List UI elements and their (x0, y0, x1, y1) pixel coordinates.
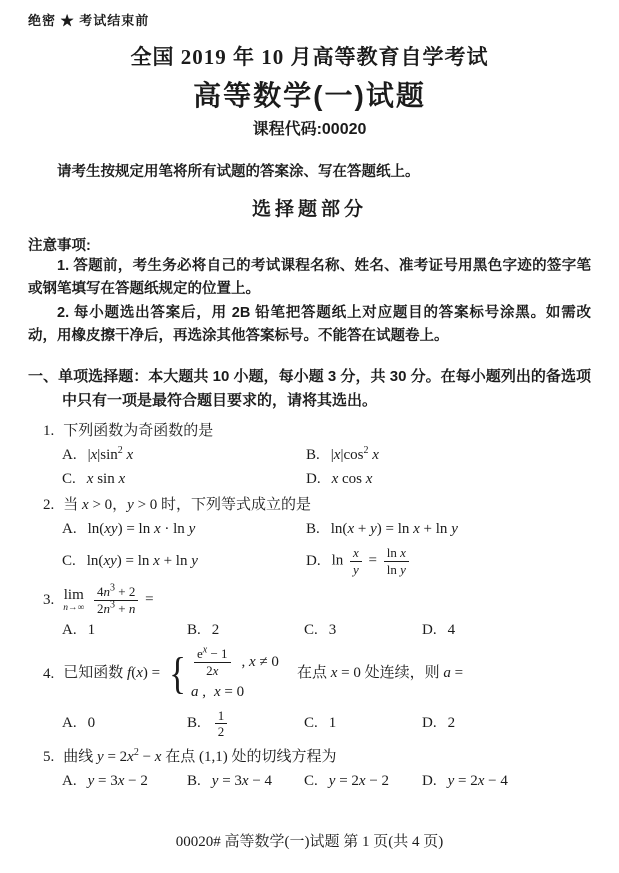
option-label: D. (422, 622, 437, 639)
course-code: 课程代码:00020 (28, 116, 591, 139)
option-label: A. (62, 622, 77, 639)
option-b: B. y = 3x − 4 (187, 773, 304, 790)
question-text: 已知函数 f(x) = {ex − 12x, x ≠ 0a ,x = 0 在点 … (63, 646, 463, 701)
options-grid: A. ln(xy) = ln x · ln y B. ln(x + y) = l… (28, 521, 591, 577)
option-content: x sin x (87, 471, 125, 488)
section-title-choice-part: 选择题部分 (28, 194, 591, 221)
option-a: A. ln(xy) = ln x · ln y (62, 521, 306, 538)
option-label: D. (306, 553, 321, 570)
option-label: B. (187, 773, 201, 790)
question-stem: 4. 已知函数 f(x) = {ex − 12x, x ≠ 0a ,x = 0 … (28, 646, 591, 701)
option-label: B. (306, 447, 320, 464)
question-4: 4. 已知函数 f(x) = {ex − 12x, x ≠ 0a ,x = 0 … (28, 646, 591, 740)
option-d: D. ln xy = ln xln y (306, 545, 591, 577)
option-content: 3 (329, 622, 337, 639)
option-a: A. 1 (62, 622, 187, 639)
question-3: 3. limn→∞ 4n3 + 22n3 + n = A. 1 B. 2 C. … (28, 584, 591, 639)
question-text: 当 x > 0，y > 0 时，下列等式成立的是 (63, 495, 311, 515)
question-text: 曲线 y = 2x2 − x 在点 (1,1) 处的切线方程为 (63, 747, 336, 767)
option-content: |x|cos2 x (331, 447, 379, 464)
security-classification: 绝密 ★ 考试结束前 (28, 10, 591, 29)
option-content: 2 (212, 622, 220, 639)
options-grid: A. y = 3x − 2 B. y = 3x − 4 C. y = 2x − … (28, 773, 591, 790)
option-content: |x|sin2 x (88, 447, 134, 464)
options-grid: A. 1 B. 2 C. 3 D. 4 (28, 622, 591, 639)
option-label: B. (187, 715, 201, 732)
option-label: C. (304, 715, 318, 732)
option-label: A. (62, 521, 77, 538)
option-label: B. (187, 622, 201, 639)
option-d: D. 2 (422, 715, 591, 732)
question-2: 2. 当 x > 0，y > 0 时，下列等式成立的是 A. ln(xy) = … (28, 495, 591, 577)
option-label: A. (62, 715, 77, 732)
options-grid: A. 0 B. 12 C. 1 D. 2 (28, 708, 591, 740)
option-b: B. 12 (187, 708, 304, 740)
question-number: 3. (43, 590, 54, 610)
options-grid: A. |x|sin2 x B. |x|cos2 x C. x sin x D. … (28, 447, 591, 488)
option-content: y = 3x − 4 (212, 773, 272, 790)
option-content: 0 (88, 715, 96, 732)
option-b: B. 2 (187, 622, 304, 639)
option-content: y = 2x − 2 (329, 773, 389, 790)
question-number: 2. (43, 495, 54, 515)
question-number: 4. (43, 664, 54, 684)
option-label: D. (422, 715, 437, 732)
option-a: A. 0 (62, 715, 187, 732)
option-content: 1 (88, 622, 96, 639)
option-label: D. (306, 471, 321, 488)
question-number: 1. (43, 421, 54, 441)
option-content: ln(x + y) = ln x + ln y (331, 521, 458, 538)
option-c: C. y = 2x − 2 (304, 773, 422, 790)
question-text: limn→∞ 4n3 + 22n3 + n = (63, 584, 153, 616)
option-content: y = 2x − 4 (448, 773, 508, 790)
note-item-1: 1. 答题前，考生务必将自己的考试课程名称、姓名、准考证号用黑色字迹的签字笔或钢… (28, 255, 591, 302)
option-label: C. (62, 471, 76, 488)
option-content: ln xy = ln xln y (332, 545, 412, 577)
option-a: A. |x|sin2 x (62, 447, 306, 464)
option-content: 12 (212, 708, 231, 740)
question-1: 1. 下列函数为奇函数的是 A. |x|sin2 x B. |x|cos2 x … (28, 421, 591, 488)
option-c: C. ln(xy) = ln x + ln y (62, 553, 306, 570)
question-stem: 3. limn→∞ 4n3 + 22n3 + n = (28, 584, 591, 616)
question-5: 5. 曲线 y = 2x2 − x 在点 (1,1) 处的切线方程为 A. y … (28, 747, 591, 790)
exam-paper-page: 绝密 ★ 考试结束前 全国 2019 年 10 月高等教育自学考试 高等数学(一… (0, 0, 619, 873)
option-label: D. (422, 773, 437, 790)
option-b: B. |x|cos2 x (306, 447, 591, 464)
question-stem: 2. 当 x > 0，y > 0 时，下列等式成立的是 (28, 495, 591, 515)
option-c: C. x sin x (62, 471, 306, 488)
question-stem: 1. 下列函数为奇函数的是 (28, 421, 591, 441)
option-content: 4 (448, 622, 456, 639)
exam-paper-title: 高等数学(一)试题 (28, 74, 591, 114)
note-item-2: 2. 每小题选出答案后，用 2B 铅笔把答题纸上对应题目的答案标号涂黑。如需改动… (28, 302, 591, 349)
option-label: C. (304, 622, 318, 639)
option-content: 1 (329, 715, 337, 732)
option-content: x cos x (332, 471, 373, 488)
exam-session-title: 全国 2019 年 10 月高等教育自学考试 (28, 41, 591, 71)
option-label: A. (62, 447, 77, 464)
option-d: D. y = 2x − 4 (422, 773, 591, 790)
option-a: A. y = 3x − 2 (62, 773, 187, 790)
option-c: C. 1 (304, 715, 422, 732)
answer-sheet-instruction: 请考生按规定用笔将所有试题的答案涂、写在答题纸上。 (28, 160, 591, 181)
option-d: D. 4 (422, 622, 591, 639)
option-content: ln(xy) = ln x + ln y (87, 553, 198, 570)
option-label: B. (306, 521, 320, 538)
option-label: C. (62, 553, 76, 570)
question-stem: 5. 曲线 y = 2x2 − x 在点 (1,1) 处的切线方程为 (28, 747, 591, 767)
question-text: 下列函数为奇函数的是 (63, 421, 213, 441)
option-label: C. (304, 773, 318, 790)
option-label: A. (62, 773, 77, 790)
option-content: 2 (448, 715, 456, 732)
option-c: C. 3 (304, 622, 422, 639)
option-content: y = 3x − 2 (88, 773, 148, 790)
question-number: 5. (43, 747, 54, 767)
option-d: D. x cos x (306, 471, 591, 488)
page-footer: 00020# 高等数学(一)试题 第 1 页(共 4 页) (0, 830, 619, 851)
option-b: B. ln(x + y) = ln x + ln y (306, 521, 591, 538)
option-content: ln(xy) = ln x · ln y (88, 521, 196, 538)
notes-title: 注意事项: (28, 234, 591, 255)
part1-heading: 一、单项选择题：本大题共 10 小题，每小题 3 分，共 30 分。在每小题列出… (28, 365, 591, 414)
